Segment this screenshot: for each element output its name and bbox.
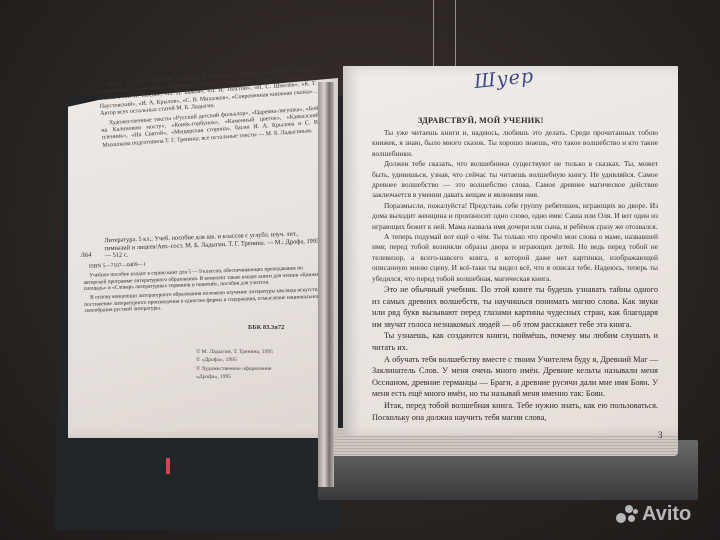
body-paragraph: А теперь подумай вот ещё о чём. Ты тольк… — [372, 232, 658, 284]
chapter-title: ЗДРАВСТВУЙ, МОЙ УЧЕНИК! — [418, 116, 544, 125]
body-paragraph: Это не обычный учебник. По этой книге ты… — [372, 284, 658, 330]
catalog-code: Л64 — [80, 252, 91, 260]
copyright-line: © «Дрофа», 1995 — [196, 356, 273, 364]
copyright-line: © М. Ладыгин, Т. Тренина, 1995 — [196, 348, 273, 356]
body-paragraph: Ты узнаешь, как создаются книги, поймёшь… — [372, 330, 658, 353]
avito-dots-icon — [616, 505, 638, 525]
copyright-line: © Художественное оформление — [196, 365, 273, 373]
bbk-code: ББК 83.3я72 — [248, 324, 284, 331]
copyright-line: «Дрофа», 1995 — [196, 373, 273, 381]
bookmark-ribbon — [166, 458, 170, 474]
book-gutter — [318, 82, 334, 487]
body-paragraph: А обучать тебя волшебству вместе с твоим… — [372, 354, 658, 400]
page-number: 3 — [658, 430, 663, 440]
right-page-body: Ты уже читаешь книги и, надеюсь, любишь … — [372, 128, 658, 423]
avito-watermark: Avito — [616, 503, 691, 526]
body-paragraph: Ты уже читаешь книги и, надеюсь, любишь … — [372, 128, 658, 159]
copyright-block: © М. Ладыгин, Т. Тренина, 1995 © «Дрофа»… — [196, 348, 273, 382]
left-page-credits: Автор статей «Русский детский фольклор»,… — [98, 67, 320, 153]
bibliographic-record: Л64 Литература. 5 кл.: Учеб. пособие для… — [82, 230, 325, 315]
body-paragraph: Должен тебе сказать, что волшебники суще… — [372, 159, 658, 201]
watermark-text: Avito — [642, 503, 691, 526]
body-paragraph: Поразмысли, пожалуйста! Представь себе г… — [372, 201, 658, 232]
body-paragraph: Итак, перед тобой волшебная книга. Тебе … — [372, 400, 658, 423]
